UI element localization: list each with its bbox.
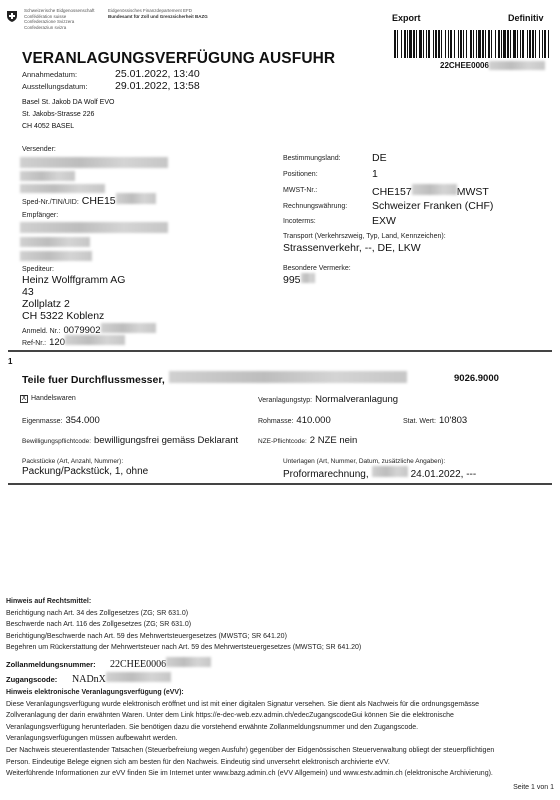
redacted [65,335,125,345]
declaration-type-export: Export [392,13,421,23]
mwst-value: CHE157 MWST [372,184,489,198]
tariff-number: 9026.9000 [454,373,499,384]
annahmedatum-value: 25.01.2022, 13:40 [115,68,200,80]
redacted [412,184,457,195]
divider [8,350,552,352]
positionen-label: Positionen: [283,171,318,178]
stat-wert-row: Stat. Wert: 10'803 [403,415,467,426]
positionen-value: 1 [372,168,378,180]
evv-section: Hinweis elektronische Veranlagungsverfüg… [6,687,494,780]
redacted [372,466,408,477]
eigenmasse-row: Eigenmasse: 354.000 [22,415,100,426]
page-number: Seite 1 von 1 [513,782,554,794]
empfaenger-redacted [20,222,168,261]
unterlagen-label: Unterlagen (Art, Nummer, Datum, zusätzli… [283,458,445,465]
rechtsmittel-heading: Hinweis auf Rechtsmittel: [6,596,361,608]
transport-label: Transport (Verkehrszweig, Typ, Land, Ken… [283,233,446,240]
veranlagungstyp-row: Veranlagungstyp: Normalveranlagung [258,394,398,405]
packstuecke-value: Packung/Packstück, 1, ohne [22,466,148,477]
vermerke-label: Besondere Vermerke: [283,265,351,272]
handelswaren-row: X Handelswaren [20,395,76,403]
position-description: Teile fuer Durchflussmesser, [22,371,407,386]
annahmedatum-label: Annahmedatum: [22,70,77,79]
incoterms-value: EXW [372,215,396,227]
versender-redacted [20,157,168,193]
bewilligung-row: Bewilligungspflichtcode: bewilligungsfre… [22,435,238,446]
redacted [301,273,315,283]
department-names: Eidgenössisches Finanzdepartement EFD Bu… [108,8,208,19]
redacted [101,323,156,333]
incoterms-label: Incoterms: [283,218,316,225]
packstuecke-label: Packstücke (Art, Anzahl, Nummer): [22,458,123,465]
zugangscode-row: Zugangscode: NADnX [6,672,171,685]
waehrung-value: Schweizer Franken (CHF) [372,200,493,212]
sped-nr-row: Sped-Nr./TIN/UID: CHE15 [22,193,156,207]
transport-value: Strassenverkehr, --, DE, LKW [283,242,421,254]
redacted [166,657,211,667]
nze-row: NZE-Pflichtcode: 2 NZE nein [258,435,357,446]
redacted [169,371,407,383]
ausstellungsdatum-value: 29.01.2022, 13:58 [115,80,200,92]
swiss-coat-of-arms-icon [7,9,17,20]
declaration-status-definitiv: Definitiv [508,13,544,23]
bestimmungsland-label: Bestimmungsland: [283,155,341,162]
redacted [116,193,156,204]
ausstellungsdatum-label: Ausstellungsdatum: [22,82,87,91]
spediteur-address: Heinz Wolffgramm AG 43 Zollplatz 2 CH 53… [22,274,125,322]
ref-nr-row: Ref-Nr.: 120 [22,335,125,348]
evv-heading: Hinweis elektronische Veranlagungsverfüg… [6,687,494,699]
mwst-label: MWST-Nr.: [283,187,317,194]
unterlagen-value: Proformarechnung, 24.01.2022, --- [283,466,476,480]
rechtsmittel-section: Hinweis auf Rechtsmittel: Berichtigung n… [6,596,361,654]
versender-label: Versender: [22,146,56,153]
bestimmungsland-value: DE [372,152,387,164]
page-title: VERANLAGUNGSVERFÜGUNG AUSFUHR [22,50,335,68]
rohmasse-row: Rohmasse: 410.000 [258,415,331,426]
position-number: 1 [8,357,12,366]
waehrung-label: Rechnungswährung: [283,203,347,210]
redacted [489,61,545,70]
zollanmeldungsnummer-row: Zollanmeldungsnummer: 22CHEE0006 [6,657,211,670]
redacted [106,672,171,682]
divider [8,483,552,485]
vermerke-value: 995 [283,273,315,286]
empfaenger-label: Empfänger: [22,212,58,219]
handelswaren-checkbox: X [20,395,28,403]
confederation-names: Schweizerische Eidgenossenschaft Confédé… [24,8,95,30]
barcode-number: 22CHEE0006 [440,61,545,70]
barcode [394,30,552,58]
customs-office: Basel St. Jakob DA Wolf EVO St. Jakobs-S… [22,97,114,133]
spediteur-label: Spediteur: [22,266,54,273]
